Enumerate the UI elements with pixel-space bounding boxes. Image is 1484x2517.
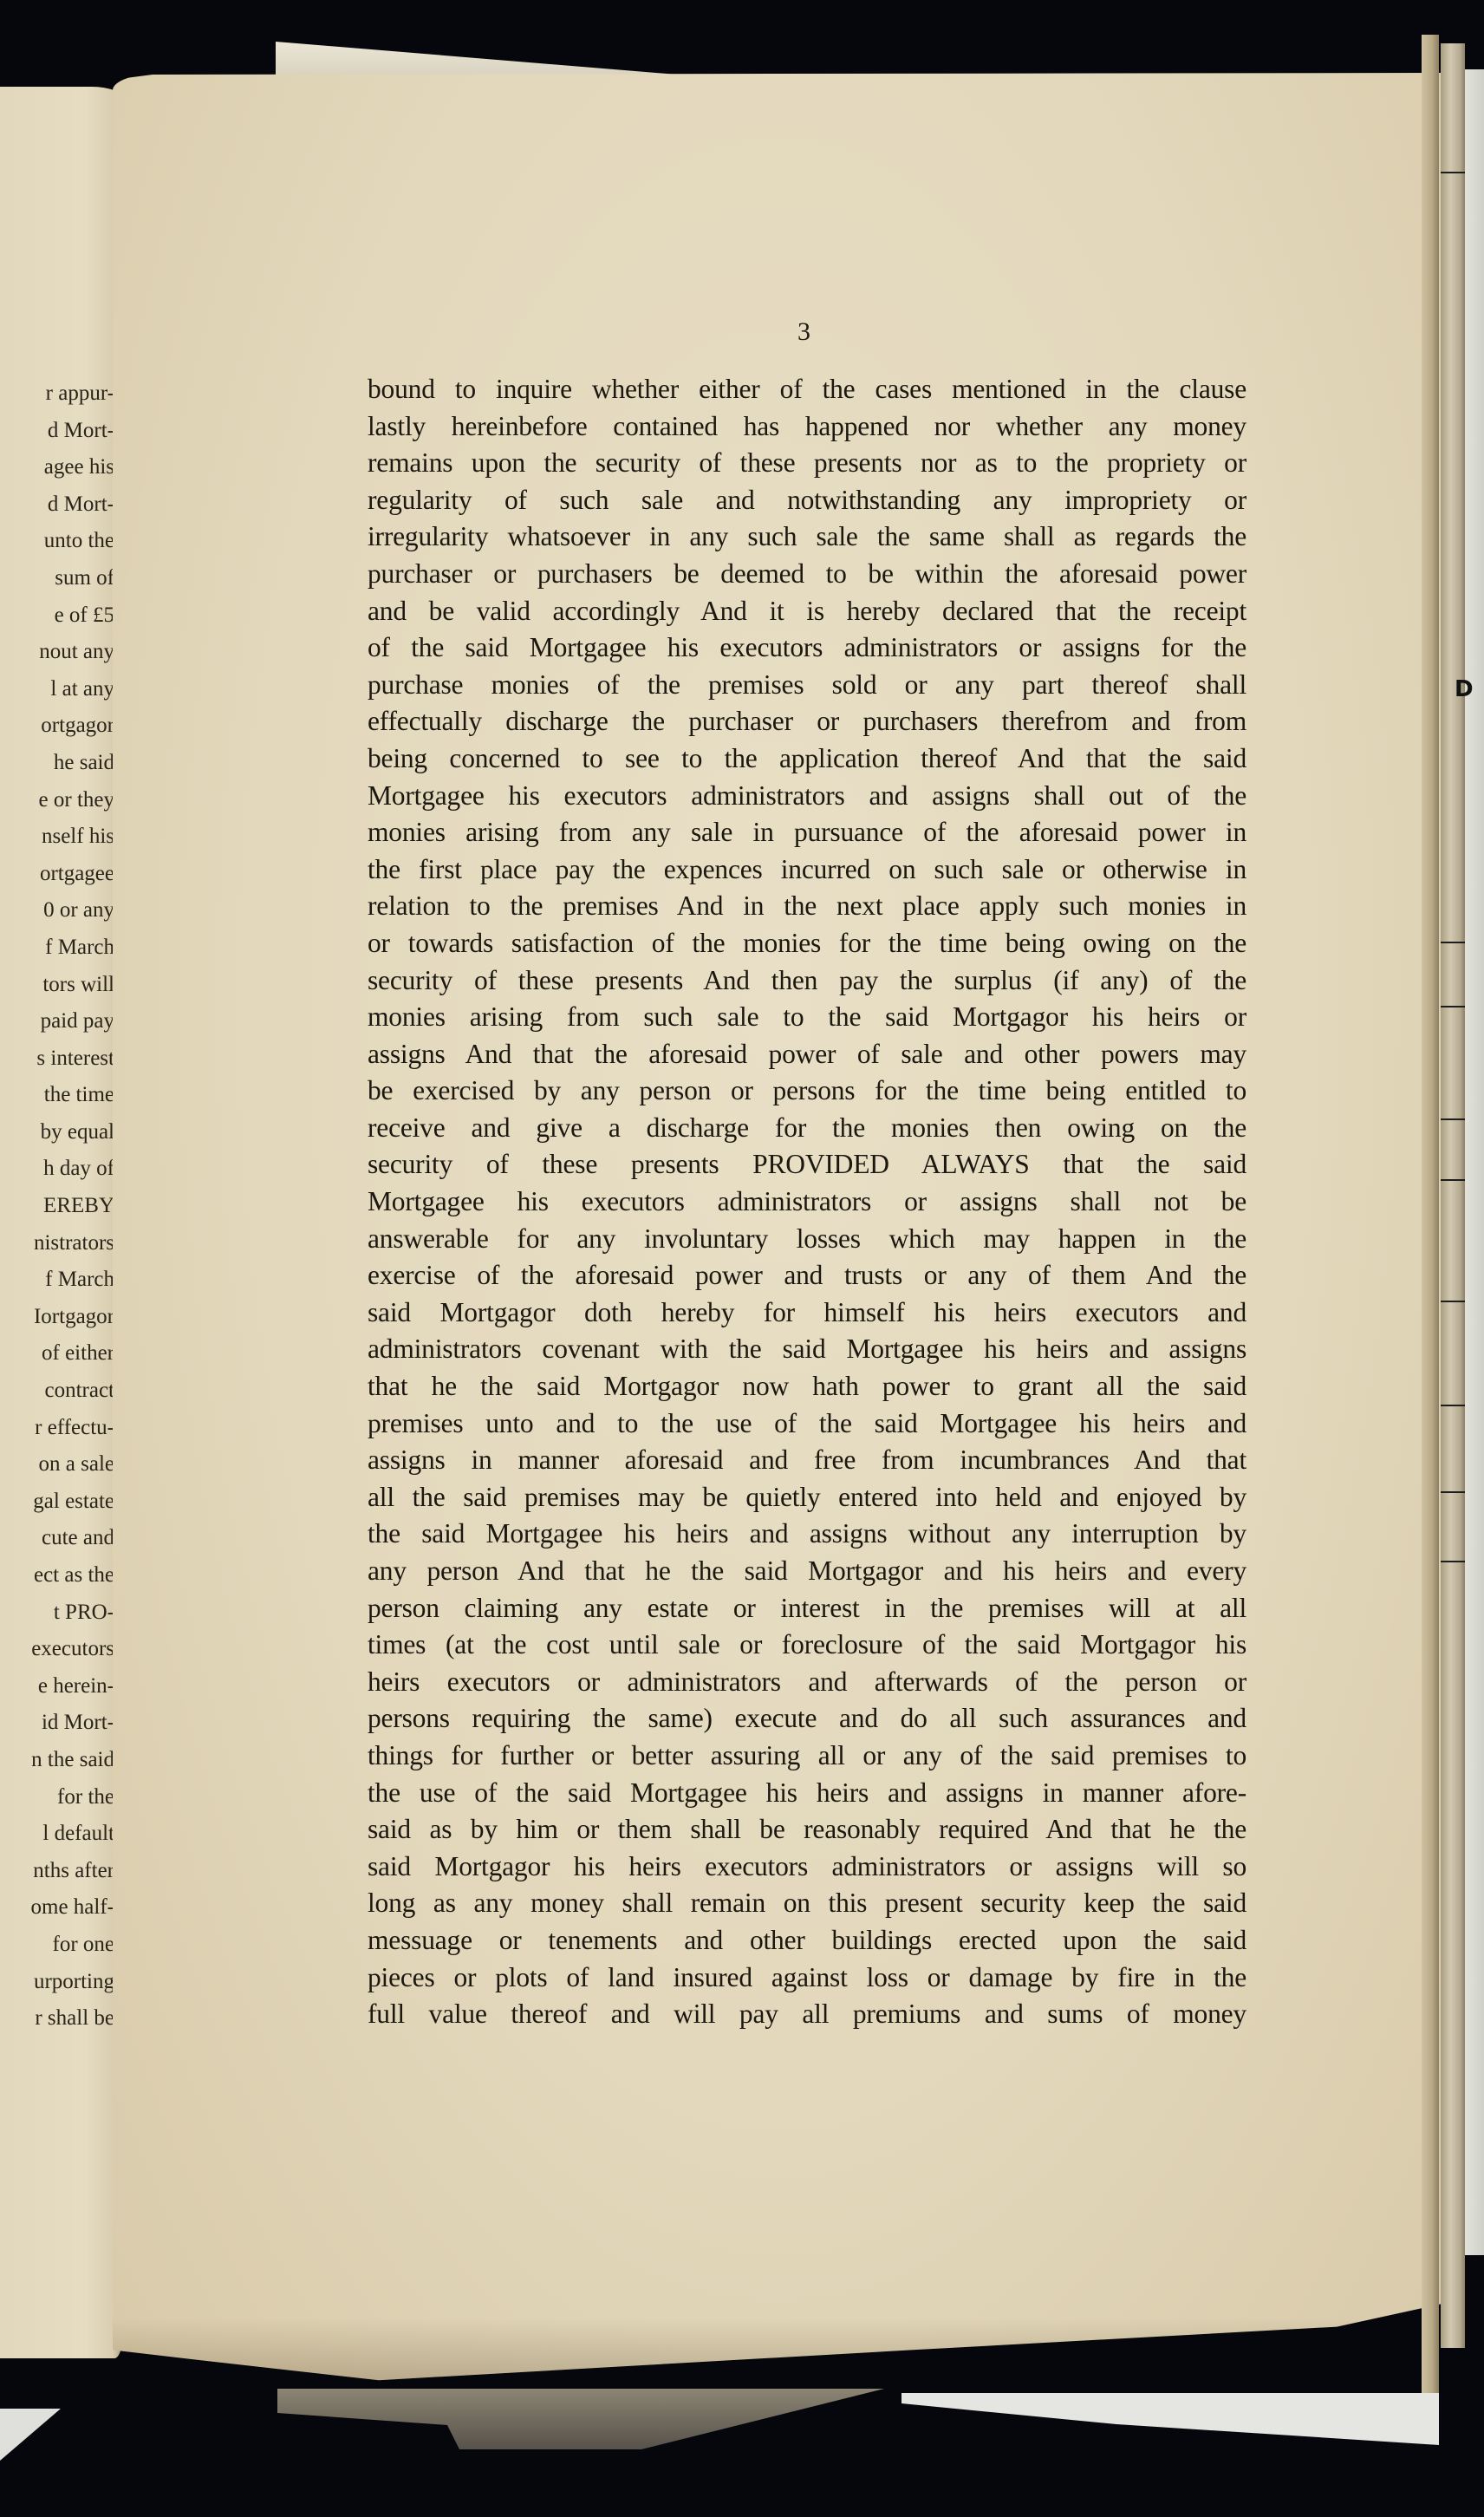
text-line: monies arising from such sale to the sai… [368, 999, 1246, 1036]
text-line: the use of the said Mortgagee his heirs … [368, 1775, 1246, 1812]
white-underlying-sheet [901, 2393, 1439, 2445]
edge-mark [1441, 172, 1465, 173]
left-text-line: executors [31, 1631, 114, 1668]
left-text-line: d Mort- [31, 486, 114, 524]
left-text-line: f March [31, 929, 114, 967]
edge-mark [1441, 1006, 1465, 1007]
left-text-line: ect as the [31, 1557, 114, 1594]
left-text-line: contract [31, 1373, 114, 1410]
left-text-line: sum of [31, 560, 114, 597]
text-line: receive and give a discharge for the mon… [368, 1110, 1246, 1147]
text-line: administrators covenant with the said Mo… [368, 1331, 1246, 1368]
text-line: said Mortgagor doth hereby for himself h… [368, 1294, 1246, 1332]
text-line: monies arising from any sale in pursuanc… [368, 814, 1246, 851]
text-line: lastly hereinbefore contained has happen… [368, 408, 1246, 446]
text-line: and be valid accordingly And it is hereb… [368, 593, 1246, 630]
text-line: of the said Mortgagee his executors admi… [368, 629, 1246, 667]
left-text-line: s interest [31, 1040, 114, 1078]
rolled-pages-strip [1441, 43, 1465, 2348]
edge-mark [1441, 1405, 1465, 1406]
left-text-line: cute and [31, 1520, 114, 1557]
edge-letter: D [1455, 676, 1474, 702]
left-text-line: paid pay [31, 1003, 114, 1040]
left-text-line: Iortgagor [31, 1299, 114, 1336]
left-text-line: id Mort- [31, 1705, 114, 1742]
text-line: times (at the cost until sale or foreclo… [368, 1627, 1246, 1664]
text-line: answerable for any involuntary losses wh… [368, 1221, 1246, 1258]
text-line: regularity of such sale and notwithstand… [368, 482, 1246, 519]
text-line: person claiming any estate or interest i… [368, 1590, 1246, 1627]
edge-mark [1441, 1561, 1465, 1562]
text-line: purchase monies of the premises sold or … [368, 667, 1246, 704]
left-text-line: nout any [31, 634, 114, 671]
text-line: or towards satisfaction of the monies fo… [368, 925, 1246, 962]
white-sheet-strip [1465, 69, 1484, 2255]
text-line: any person And that he the said Mortgago… [368, 1553, 1246, 1590]
edge-mark [1441, 1118, 1465, 1120]
left-text-line: unto the [31, 523, 114, 560]
left-text-line: l at any [31, 671, 114, 708]
text-line: security of these presents And then pay … [368, 962, 1246, 1000]
text-line: the said Mortgagee his heirs and assigns… [368, 1516, 1246, 1553]
left-text-line: urporting [31, 1964, 114, 2001]
text-line: effectually discharge the purchaser or p… [368, 703, 1246, 740]
text-line: long as any money shall remain on this p… [368, 1885, 1246, 1922]
left-text-line: he said [31, 745, 114, 782]
text-line: heirs executors or administrators and af… [368, 1664, 1246, 1701]
text-line: pieces or plots of land insured against … [368, 1959, 1246, 1997]
text-line: the first place pay the expences incurre… [368, 851, 1246, 889]
text-line: things for further or better assuring al… [368, 1738, 1246, 1775]
left-text-line: r appur- [31, 375, 114, 413]
left-text-line: n the said [31, 1742, 114, 1779]
text-line: premises unto and to the use of the said… [368, 1405, 1246, 1443]
text-line: exercise of the aforesaid power and trus… [368, 1257, 1246, 1294]
left-text-line: ortgagee [31, 856, 114, 893]
text-line: security of these presents PROVIDED ALWA… [368, 1146, 1246, 1184]
left-text-line: tors will [31, 967, 114, 1004]
left-text-line: e or they [31, 782, 114, 819]
text-line: remains upon the security of these prese… [368, 445, 1246, 482]
left-text-line: ortgagor [31, 707, 114, 745]
left-text-line: ome half- [31, 1889, 114, 1927]
left-text-line: by equal [31, 1114, 114, 1151]
underlying-sheet [277, 2389, 884, 2449]
text-line: bound to inquire whether either of the c… [368, 371, 1246, 408]
text-line: Mortgagee his executors administrators o… [368, 1184, 1246, 1221]
left-text-line: 0 or any [31, 892, 114, 929]
text-line: persons requiring the same) execute and … [368, 1700, 1246, 1738]
edge-mark [1441, 1301, 1465, 1302]
text-line: full value thereof and will pay all prem… [368, 1996, 1246, 2033]
left-text-line: the time [31, 1077, 114, 1114]
page-number: 3 [797, 317, 810, 347]
text-line: said Mortgagor his heirs executors admin… [368, 1849, 1246, 1886]
text-line: assigns And that the aforesaid power of … [368, 1036, 1246, 1073]
left-page-fragment: r appur-d Mort-agee hisd Mort-unto thesu… [0, 87, 123, 2358]
text-line: being concerned to see to the applicatio… [368, 740, 1246, 778]
body-text: bound to inquire whether either of the c… [368, 371, 1246, 2033]
left-text-line: r effectu- [31, 1410, 114, 1447]
text-line: be exercised by any person or persons fo… [368, 1073, 1246, 1110]
text-line: irregularity whatsoever in any such sale… [368, 518, 1246, 556]
left-text-line: for one [31, 1927, 114, 1964]
left-page-text: r appur-d Mort-agee hisd Mort-unto thesu… [31, 375, 114, 2038]
text-line: Mortgagee his executors administrators a… [368, 778, 1246, 815]
text-line: assigns in manner aforesaid and free fro… [368, 1442, 1246, 1479]
text-line: purchaser or purchasers be deemed to be … [368, 556, 1246, 593]
paper-flap [276, 42, 709, 77]
left-text-line: nistrators [31, 1225, 114, 1262]
left-text-line: l default [31, 1816, 114, 1853]
edge-mark [1441, 1491, 1465, 1493]
left-text-line: for the [31, 1779, 114, 1816]
edge-mark [1441, 1179, 1465, 1181]
left-text-line: EREBY [31, 1188, 114, 1225]
left-underlying-sheet [0, 2409, 61, 2461]
left-text-line: e herein- [31, 1668, 114, 1705]
left-text-line: t PRO- [31, 1594, 114, 1632]
left-text-line: d Mort- [31, 413, 114, 450]
left-text-line: nths after [31, 1853, 114, 1890]
left-text-line: agee his [31, 449, 114, 486]
left-text-line: e of £5 [31, 597, 114, 635]
page-edge-strip [1422, 35, 1439, 2410]
left-text-line: on a sale [31, 1446, 114, 1483]
left-text-line: h day of [31, 1151, 114, 1188]
left-text-line: gal estate [31, 1483, 114, 1521]
edge-mark [1441, 942, 1465, 943]
left-text-line: of either [31, 1335, 114, 1373]
text-line: said as by him or them shall be reasonab… [368, 1811, 1246, 1849]
text-line: all the said premises may be quietly ent… [368, 1479, 1246, 1516]
text-line: relation to the premises And in the next… [368, 888, 1246, 925]
left-text-line: r shall be [31, 2000, 114, 2038]
right-binding-edge: D [1422, 35, 1484, 2410]
text-line: messuage or tenements and other building… [368, 1922, 1246, 1959]
text-line: that he the said Mortgagor now hath powe… [368, 1368, 1246, 1405]
left-text-line: f March [31, 1262, 114, 1299]
left-text-line: nself his [31, 818, 114, 856]
